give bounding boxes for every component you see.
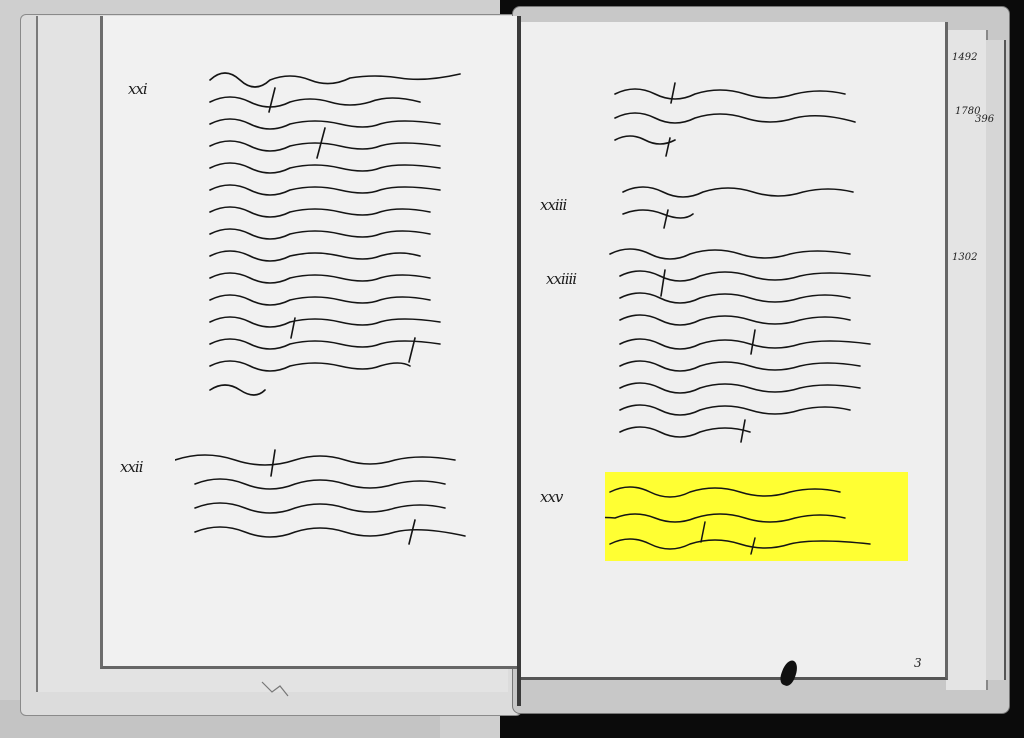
margin-numeral: xxi [128, 80, 147, 98]
bottom-edge-mark [258, 680, 298, 698]
handwriting-strokes [618, 170, 898, 230]
margin-numeral: xxii [120, 458, 143, 476]
margin-numeral: xxv [540, 488, 562, 506]
tab-label: 396 [975, 114, 994, 125]
handwriting-strokes [205, 68, 495, 408]
index-tab-strip-edge [986, 40, 1006, 680]
tab-label: 1492 [952, 52, 977, 63]
page-number: 3 [914, 656, 922, 670]
index-tab-strip [946, 30, 988, 690]
handwriting-strokes [605, 240, 930, 450]
margin-numeral: xxiiii [546, 270, 576, 288]
highlighted-handwriting-strokes [605, 478, 910, 558]
handwriting-strokes [610, 78, 910, 158]
margin-numeral: xxiii [540, 196, 566, 214]
tab-label: 1302 [952, 252, 977, 263]
book-gutter [517, 16, 521, 706]
handwriting-strokes [175, 440, 485, 550]
